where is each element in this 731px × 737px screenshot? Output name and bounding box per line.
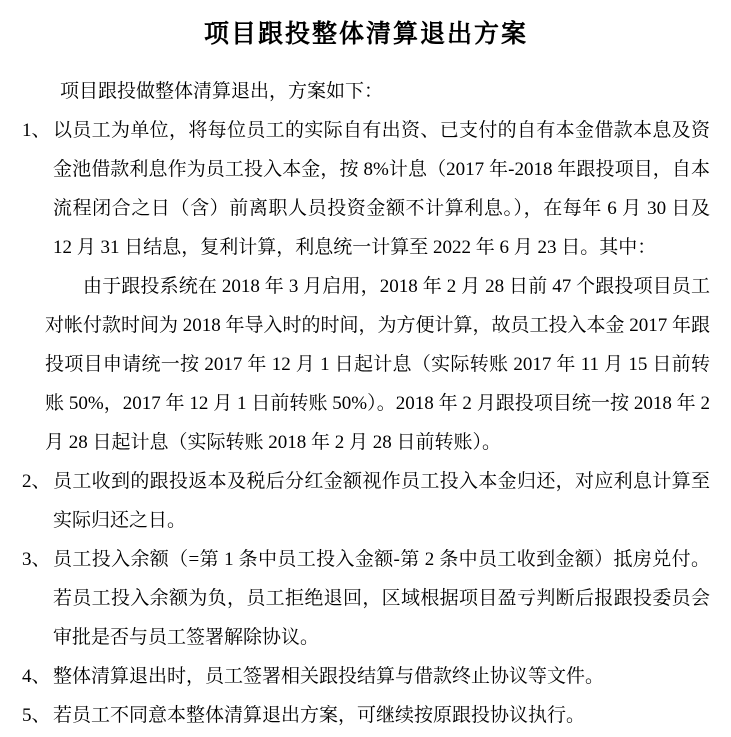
list-item-4: 4、 整体清算退出时，员工签署相关跟投结算与借款终止协议等文件。 — [22, 657, 710, 696]
item-1-body: 以员工为单位，将每位员工的实际自有出资、已支付的自有本金借款本息及资金池借款利息… — [53, 111, 710, 462]
list-item-1: 1、 以员工为单位，将每位员工的实际自有出资、已支付的自有本金借款本息及资金池借… — [22, 111, 710, 462]
list-item-5: 5、 若员工不同意本整体清算退出方案，可继续按原跟投协议执行。 — [22, 696, 710, 735]
item-5-body: 若员工不同意本整体清算退出方案，可继续按原跟投协议执行。 — [53, 696, 710, 735]
item-4-text: 整体清算退出时，员工签署相关跟投结算与借款终止协议等文件。 — [53, 657, 710, 696]
page-title: 项目跟投整体清算退出方案 — [22, 18, 710, 52]
document-body: 项目跟投做整体清算退出，方案如下： 1、 以员工为单位，将每位员工的实际自有出资… — [22, 72, 710, 735]
item-4-number: 4、 — [22, 657, 53, 696]
intro-paragraph: 项目跟投做整体清算退出，方案如下： — [22, 72, 710, 111]
item-5-text: 若员工不同意本整体清算退出方案，可继续按原跟投协议执行。 — [53, 696, 710, 735]
document-page: 项目跟投整体清算退出方案 项目跟投做整体清算退出，方案如下： 1、 以员工为单位… — [0, 0, 731, 737]
item-2-body: 员工收到的跟投返本及税后分红金额视作员工投入本金归还，对应利息计算至实际归还之日… — [53, 462, 710, 540]
item-4-body: 整体清算退出时，员工签署相关跟投结算与借款终止协议等文件。 — [53, 657, 710, 696]
item-1-text: 以员工为单位，将每位员工的实际自有出资、已支付的自有本金借款本息及资金池借款利息… — [53, 111, 710, 267]
item-2-number: 2、 — [22, 462, 53, 501]
item-1-note: 由于跟投系统在 2018 年 3 月启用，2018 年 2 月 28 日前 47… — [45, 267, 710, 462]
item-3-body: 员工投入余额（=第 1 条中员工投入金额-第 2 条中员工收到金额）抵房兑付。若… — [53, 540, 710, 657]
item-3-text: 员工投入余额（=第 1 条中员工投入金额-第 2 条中员工收到金额）抵房兑付。若… — [53, 540, 710, 657]
list-item-2: 2、 员工收到的跟投返本及税后分红金额视作员工投入本金归还，对应利息计算至实际归… — [22, 462, 710, 540]
item-3-number: 3、 — [22, 540, 53, 579]
list-item-3: 3、 员工投入余额（=第 1 条中员工投入金额-第 2 条中员工收到金额）抵房兑… — [22, 540, 710, 657]
item-5-number: 5、 — [22, 696, 53, 735]
item-2-text: 员工收到的跟投返本及税后分红金额视作员工投入本金归还，对应利息计算至实际归还之日… — [53, 462, 710, 540]
item-1-number: 1、 — [22, 111, 53, 150]
